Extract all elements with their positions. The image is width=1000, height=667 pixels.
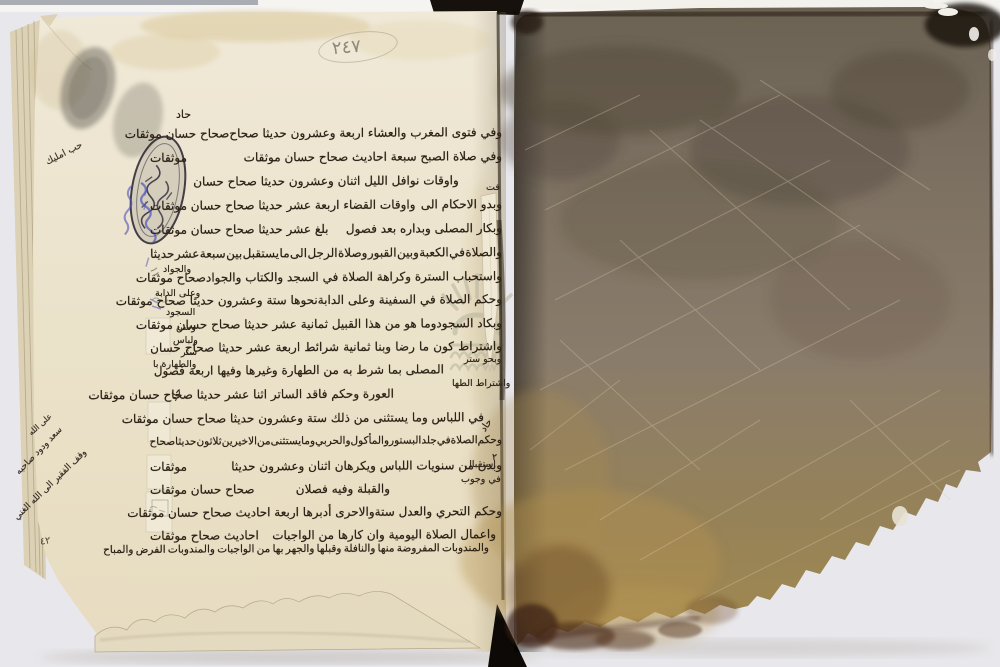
line-segment: العورة وحكم فاقد الساتر اثنا عشر حديثا ص…	[88, 387, 394, 403]
line-segment: بين	[226, 246, 242, 260]
upper-left-inscription: حب امليك	[44, 140, 85, 168]
line-segment: في	[449, 245, 465, 259]
line-segment: وقبلها	[317, 543, 342, 555]
line-segment: واستحباب السترة وكراهة الصلاة في السجد و…	[206, 269, 502, 285]
line-segment: الاخيرين	[222, 435, 257, 447]
line-segment: واوقات القضاء اربعة عشر حديثا صحاح حسان …	[150, 198, 416, 213]
margin-note: ولباس	[173, 335, 198, 346]
line-segment: والصلاة	[465, 245, 502, 259]
line-segment: والنافلة	[344, 543, 376, 555]
corner-number: ٤٢	[39, 535, 51, 548]
line-segment: حديثا	[175, 436, 196, 448]
line-segment: البستور	[389, 435, 421, 447]
line-segment: والمندوبات	[168, 543, 215, 555]
line-segment: الرجل	[307, 246, 337, 260]
line-segment: رضا	[395, 340, 415, 354]
line-segment: الصلاة	[451, 434, 478, 446]
line-segment: والحربي	[315, 435, 350, 447]
manuscript-line: وحكمالصلاةفيجلدالبستوروالمأكولوالحربيوما…	[150, 434, 502, 458]
line-segment: والمباح	[103, 544, 133, 556]
line-segment: الفرض	[136, 544, 166, 556]
line-segment: الكعبة	[419, 245, 449, 259]
line-segment: وبدن من سنويات اللباس ويكرهان اثنان وعشر…	[231, 458, 502, 473]
line-segment: بها	[273, 543, 284, 555]
pencil-folio-number: ٢٤٧	[331, 36, 362, 59]
manuscript-line: واستحباب السترة وكراهة الصلاة في السجد و…	[150, 269, 502, 293]
line-segment: واعمال الصلاة اليومية وان كارها من الواج…	[272, 527, 496, 542]
margin-note: فت	[486, 182, 500, 193]
line-segment: يستثنى	[271, 435, 302, 447]
line-segment: منها	[378, 542, 395, 554]
line-segment: وبين	[397, 246, 419, 260]
manuscript-line: واشتراطكونمارضاوبناثمانيةشرائطاربعةعشرحد…	[150, 339, 502, 363]
line-segment: اربعة	[275, 340, 300, 354]
line-segment: صحاح	[149, 436, 175, 448]
margin-note: وعلى الدابة	[155, 288, 200, 299]
line-segment: الواجبات	[217, 543, 254, 555]
margin-note: واشتراط الطها	[452, 378, 510, 389]
line-segment: ما	[279, 246, 289, 260]
line-segment: وفي صلاة الصبح سبعة احاديث صحاح حسان موث…	[244, 149, 502, 164]
manuscript-photo: حاد وفي فتوى المغرب والعشاء اربعة وعشرون…	[0, 0, 1000, 667]
line-segment: موثقات	[150, 151, 187, 165]
line-segment: من	[257, 435, 271, 447]
manuscript-line: وحكم الصلاة في السفينة وعلى الدابةنحوها …	[150, 292, 502, 316]
line-segment: واوقات نوافل الليل اثنان وعشرون حديثا صح…	[193, 173, 459, 188]
line-segment: شرائط	[304, 340, 339, 354]
line-segment: ثمانية	[343, 340, 370, 354]
line-segment: والمأكول	[350, 435, 389, 447]
margin-note: السجود	[166, 307, 195, 318]
line-segment: والاحرى أدبرها اربعة احاديث صحاح حسان مو…	[127, 505, 374, 520]
line-segment: وحكم الصلاة في السفينة وعلى الدابة	[318, 292, 502, 307]
manuscript-line: وفي فتوى المغرب والعشاء اربعة وعشرون حدي…	[150, 125, 502, 149]
manuscript-line: وبدن من سنويات اللباس ويكرهان اثنان وعشر…	[150, 458, 502, 482]
line-segment: القبور	[368, 246, 397, 260]
manuscript-line: والصلاةفيالكعبةوبينالقبوروصلاةالرجلالىما…	[150, 245, 502, 269]
header-catchword: حاد	[176, 108, 191, 121]
line-segment: جلد	[421, 434, 437, 446]
manuscript-line: العورة وحكم فاقد الساتر اثنا عشر حديثا ص…	[150, 386, 502, 410]
line-segment: عشر	[247, 340, 272, 354]
line-segment: موثقات	[150, 460, 187, 474]
line-segment: المصلى بما شرط به من الطهارة وغيرها وفيه…	[154, 362, 444, 378]
corner-inscription: سعد ودود صاحبه	[14, 425, 65, 477]
line-segment: عشر	[175, 247, 200, 261]
line-segment: وحكم	[478, 434, 502, 446]
line-segment: احاديث صحاح موثقات	[150, 528, 259, 543]
margin-note: والطهارة با	[153, 359, 196, 370]
margin-note: استقبال	[465, 459, 496, 470]
margin-note: ستر	[181, 347, 197, 358]
line-segment: المفروضة	[397, 542, 440, 554]
line-segment: وبنا	[375, 340, 391, 354]
line-segment: والمندوبات	[442, 542, 489, 554]
margin-note: والجواد	[163, 264, 191, 275]
manuscript-line: والمندوباتالمفروضةمنهاوالنافلةوقبلهاوالج…	[103, 542, 489, 566]
line-segment: يستقبل	[243, 246, 280, 260]
line-segment: الى	[290, 246, 307, 260]
line-segment: وفي فتوى المغرب والعشاء اربعة وعشرون حدي…	[229, 125, 502, 140]
line-segment: والجهر	[286, 543, 315, 555]
line-segment: وحكم التحري والعدل ستة	[375, 504, 502, 519]
line-segment: وبكاد السجود	[436, 316, 502, 330]
line-segment: بلغ عشر حديثا صحاح حسان موثقات	[150, 222, 329, 237]
manuscript-text-layer: حاد وفي فتوى المغرب والعشاء اربعة وعشرون…	[0, 0, 1000, 667]
line-segment: وبكار المصلى وبداره بعد فصول	[346, 221, 502, 236]
line-segment: والقبلة وفيه فصلان	[296, 482, 390, 496]
manuscript-line: وفي صلاة الصبح سبعة احاديث صحاح حسان موث…	[150, 149, 502, 173]
manuscript-line: واوقات نوافل الليل اثنان وعشرون حديثا صح…	[150, 173, 502, 197]
line-segment: نحوها ستة وعشرون حديثا صحاح موثقات	[116, 293, 318, 308]
line-segment: ما	[419, 339, 429, 353]
line-segment: كون	[433, 339, 454, 353]
line-segment: وما	[301, 435, 315, 447]
line-segment: سبعة	[200, 247, 226, 261]
line-segment: حديثا	[218, 340, 242, 354]
margin-note: في وجوب	[461, 474, 501, 485]
line-segment: حديثا	[150, 247, 174, 261]
line-segment: صحاح حسان موثقات	[150, 482, 255, 497]
line-segment: وصلاة	[338, 246, 368, 260]
margin-note: وسن	[176, 322, 196, 333]
line-segment: صحاح حسان موثقات	[125, 127, 230, 142]
manuscript-line: المصلى بما شرط به من الطهارة وغيرها وفيه…	[150, 362, 502, 386]
manuscript-line: في اللباس وما يستثنى من ذلك ستة وعشرون ح…	[150, 410, 502, 434]
margin-note: وبحو ستر	[464, 354, 501, 365]
manuscript-line: والقبلة وفيه فصلانصحاح حسان موثقات	[150, 481, 502, 505]
line-segment: واشتراط	[458, 339, 502, 353]
line-segment: من	[257, 543, 271, 555]
line-segment: في اللباس وما يستثنى من ذلك ستة وعشرون ح…	[122, 410, 484, 426]
line-segment: وبدو الاحكام الى	[421, 197, 502, 211]
manuscript-line: وبكاد السجودوما هو من هذا القبيل ثمانية …	[150, 316, 502, 340]
manuscript-line: وبدو الاحكام الىواوقات القضاء اربعة عشر …	[150, 197, 502, 221]
manuscript-line: وبكار المصلى وبداره بعد فصولبلغ عشر حديث…	[150, 221, 502, 245]
manuscript-line: وحكم التحري والعدل ستةوالاحرى أدبرها ارب…	[150, 504, 502, 528]
line-segment: ثلاثون	[196, 436, 221, 448]
line-segment: في	[437, 434, 451, 446]
